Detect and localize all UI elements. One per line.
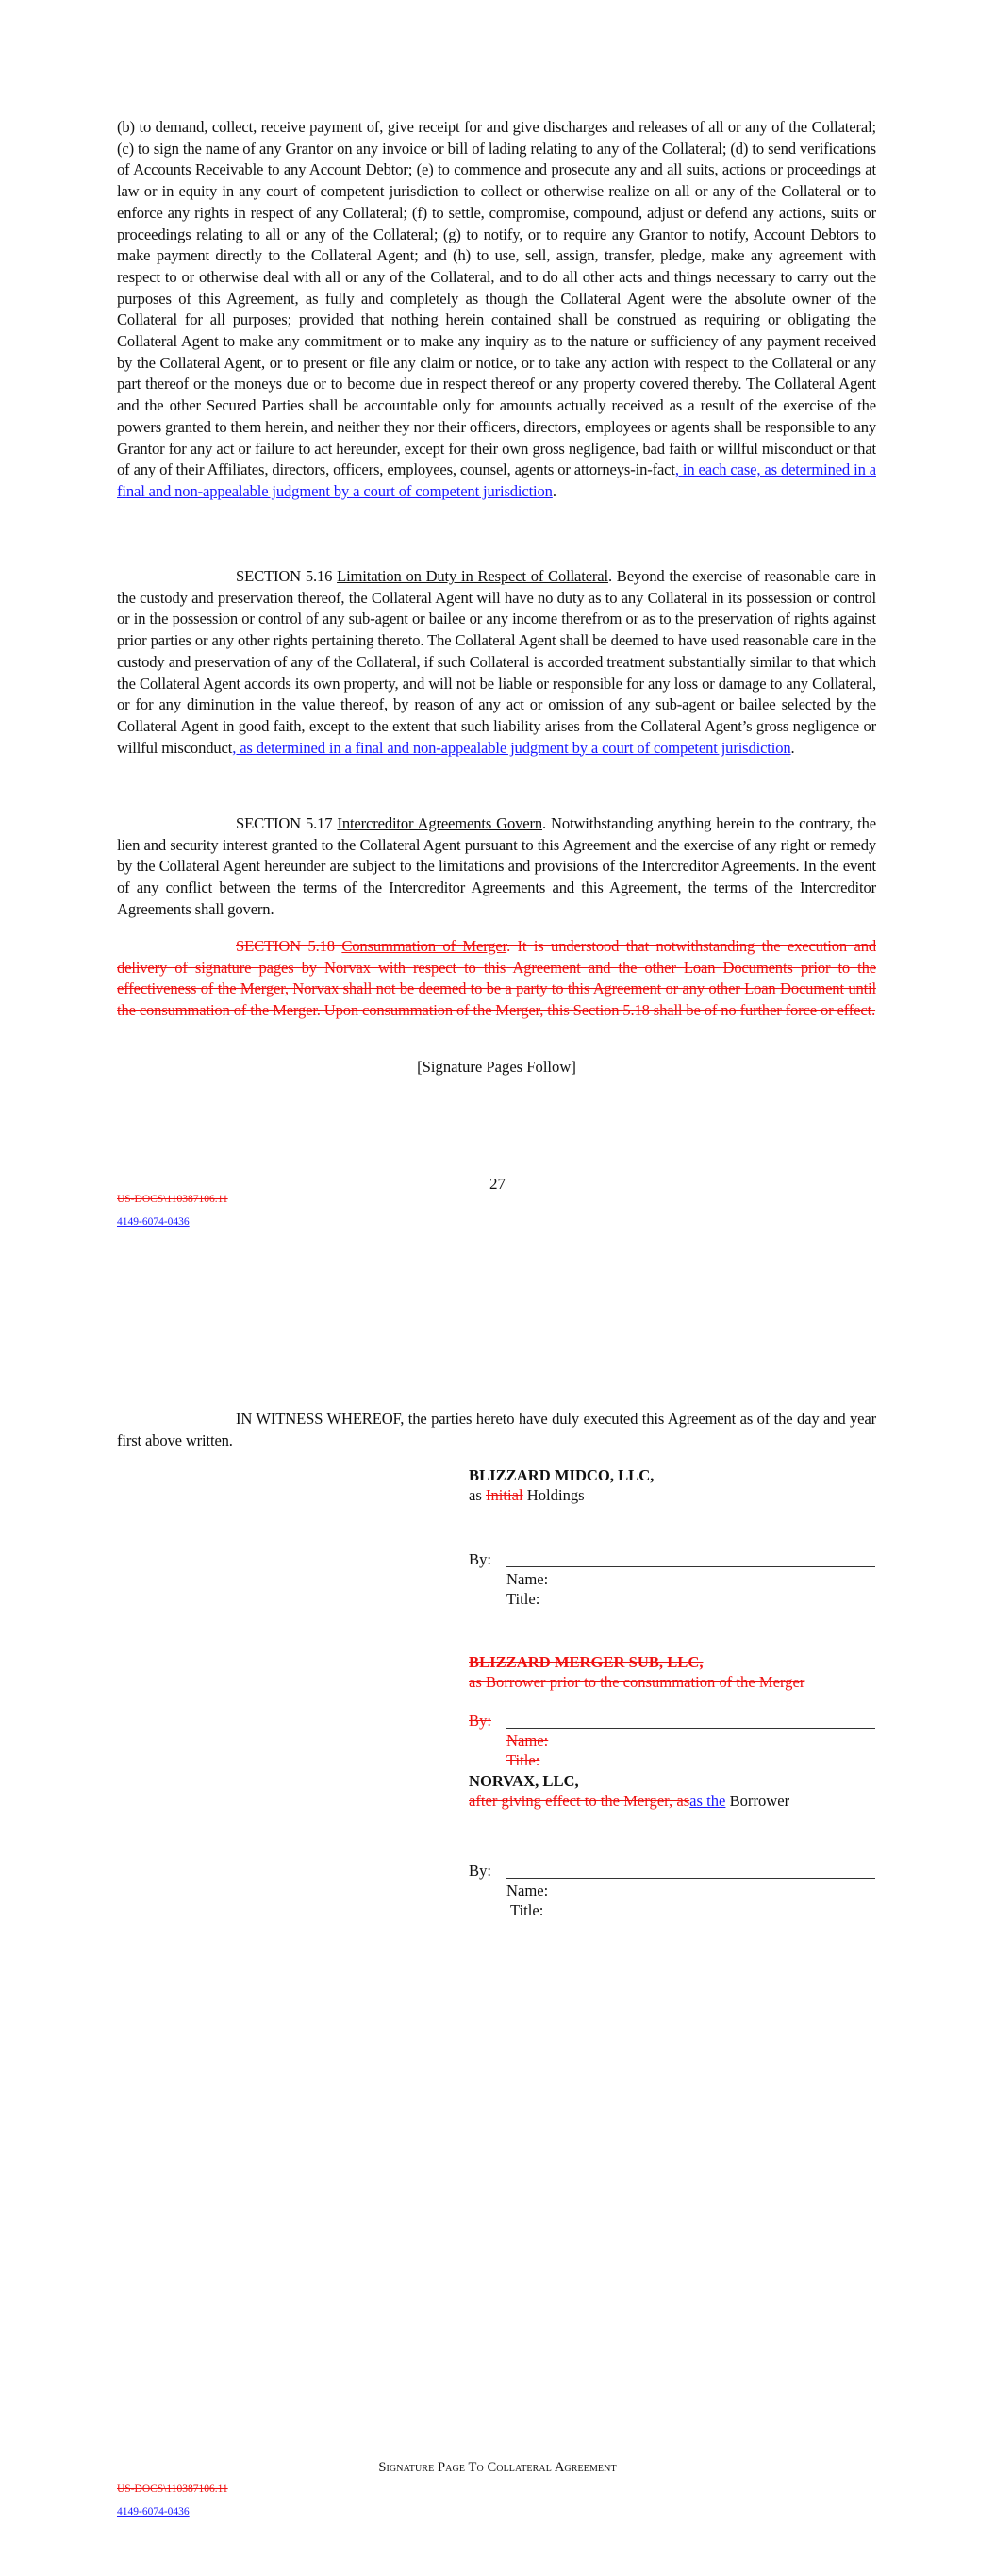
signature-underline [506,1566,875,1567]
by-label: By: [469,1711,491,1731]
title-label: Title: [469,1900,884,1920]
section-text: . Beyond the exercise of reasonable care… [117,567,876,757]
entity-role: as Borrower prior to the consummation of… [469,1672,884,1692]
entity-role: after giving effect to the Merger, asas … [469,1791,884,1811]
signature-line[interactable]: By: [469,1861,884,1881]
section-number: SECTION 5.17 [236,814,337,832]
name-label: Name: [469,1569,884,1589]
role-deleted: after giving effect to the Merger, as [469,1792,689,1810]
name-label: Name: [469,1881,884,1900]
paragraph-end: . [553,482,556,500]
signature-line[interactable]: By: [469,1549,884,1569]
signature-pages-follow: [Signature Pages Follow] [117,1057,876,1078]
by-label: By: [469,1861,491,1881]
section-5-17: SECTION 5.17 Intercreditor Agreements Go… [117,813,876,921]
paragraph-powers-of-attorney: (b) to demand, collect, receive payment … [117,117,876,503]
role-deleted: Initial [486,1486,523,1504]
section-5-16: SECTION 5.16 Limitation on Duty in Respe… [117,566,876,759]
title-label: Title: [469,1589,884,1609]
signature-line[interactable]: By: [469,1711,884,1731]
signature-underline [506,1728,875,1729]
section-heading: Limitation on Duty in Respect of Collate… [337,567,608,585]
section-number: SECTION 5.16 [236,567,337,585]
signature-lines-blizzard-midco: By: Name: Title: [469,1549,884,1609]
witness-clause: IN WITNESS WHEREOF, the parties hereto h… [117,1409,876,1451]
entity-name: BLIZZARD MERGER SUB, LLC, [469,1652,884,1672]
doc-id-deleted: US-DOCS\110387106.11 [117,1193,228,1206]
entity-name: NORVAX, LLC, [469,1771,884,1791]
paragraph-text: (b) to demand, collect, receive payment … [117,118,876,328]
entity-role: as Initial Holdings [469,1485,884,1505]
signature-lines-merger-sub: By: Name: Title: [469,1711,884,1770]
signature-lines-norvax: By: Name: Title: [469,1861,884,1920]
section-number: SECTION 5.18 [236,937,341,955]
section-5-18-deleted: SECTION 5.18 Consummation of Merger. It … [117,936,876,1022]
role-prefix: as [469,1486,486,1504]
signature-underline [506,1878,875,1879]
page-number: 27 [0,1175,995,1194]
role-suffix: Holdings [523,1486,585,1504]
role-inserted: as the [689,1792,725,1810]
entity-name: BLIZZARD MIDCO, LLC, [469,1465,884,1485]
doc-id-inserted: 4149-6074-0436 [117,2505,190,2518]
section-heading: Consummation of Merger [341,937,506,955]
provided-term: provided [299,310,354,328]
paragraph-text-continued: that nothing herein contained shall be c… [117,310,876,478]
page-27: (b) to demand, collect, receive payment … [0,0,995,1288]
inserted-text: , as determined in a final and non-appea… [232,739,790,757]
signature-block-blizzard-midco: BLIZZARD MIDCO, LLC, as Initial Holdings [469,1465,884,1505]
signature-block-norvax: NORVAX, LLC, after giving effect to the … [469,1771,884,1811]
by-label: By: [469,1549,491,1569]
doc-id-inserted: 4149-6074-0436 [117,1215,190,1229]
doc-id-deleted: US-DOCS\110387106.11 [117,2483,228,2496]
role-suffix: Borrower [725,1792,789,1810]
name-label: Name: [469,1731,884,1750]
title-label: Title: [469,1750,884,1770]
footer-title: Signature Page To Collateral Agreement [0,2460,995,2476]
section-end: . [791,739,795,757]
signature-block-merger-sub-deleted: BLIZZARD MERGER SUB, LLC, as Borrower pr… [469,1652,884,1692]
section-heading: Intercreditor Agreements Govern [337,814,542,832]
